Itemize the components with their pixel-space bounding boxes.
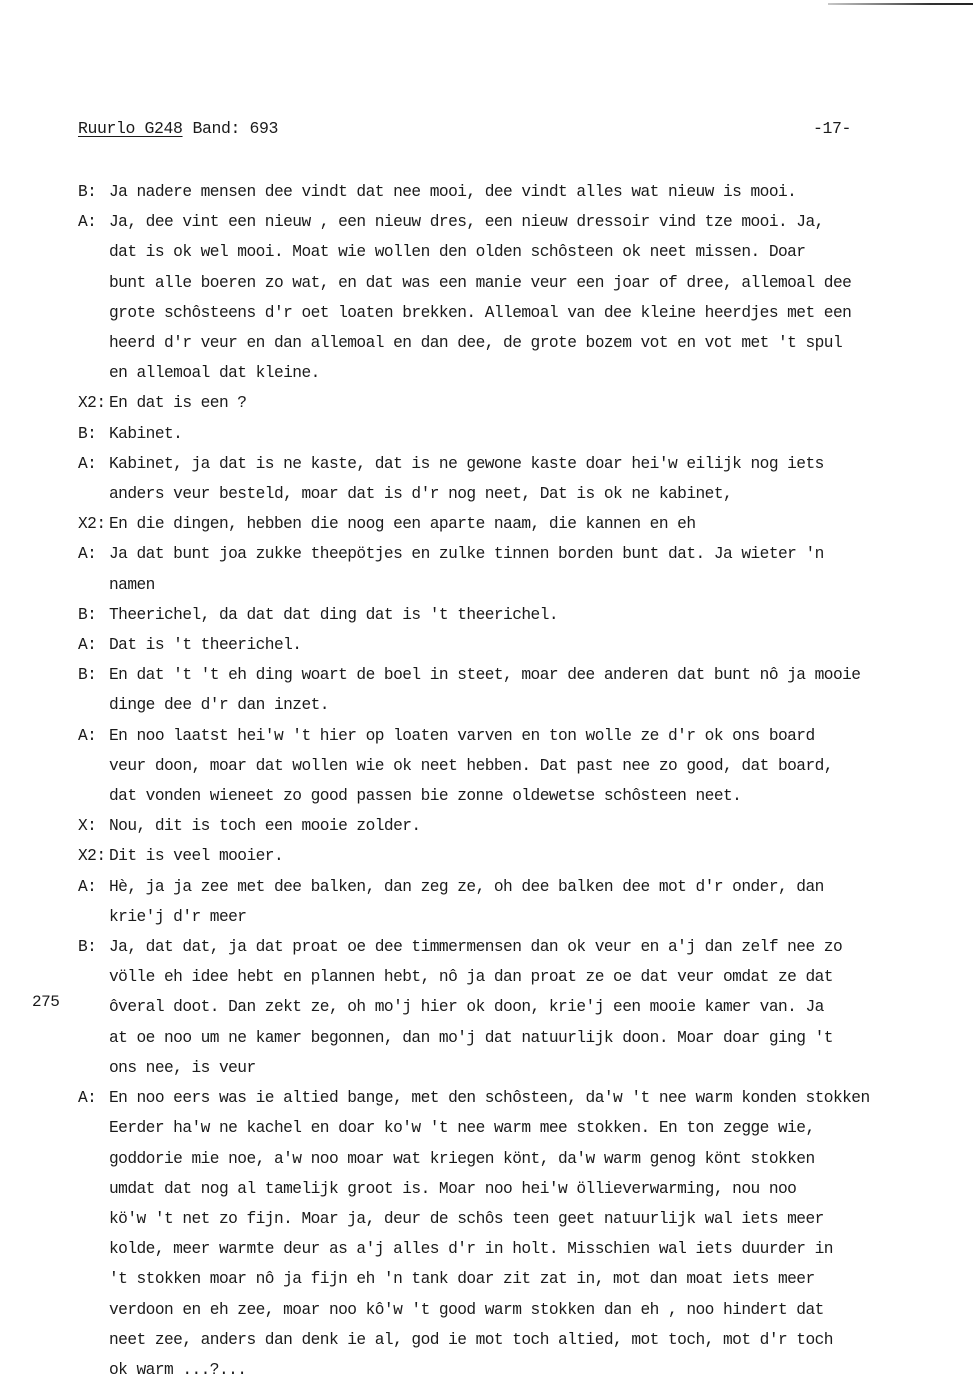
transcript-line: völle eh idee hebt en plannen hebt, nô j… [109, 962, 958, 992]
transcript-line: bunt alle boeren zo wat, en dat was een … [109, 268, 958, 298]
transcript-line: Kabinet, ja dat is ne kaste, dat is ne g… [109, 449, 958, 479]
speaker-label: X2: [78, 509, 106, 539]
transcript-turn: A:Ja, dee vint een nieuw , een nieuw dre… [78, 207, 958, 388]
transcript-line: dat vonden wieneet zo good passen bie zo… [109, 781, 958, 811]
speaker-label: A: [78, 872, 96, 902]
transcript-turn: A:Ja dat bunt joa zukke theepötjes en zu… [78, 539, 958, 599]
transcript-line: kö'w 't net zo fijn. Moar ja, deur de sc… [109, 1204, 958, 1234]
transcript-line: Eerder ha'w ne kachel en doar ko'w 't ne… [109, 1113, 958, 1143]
transcript-line: grote schôsteens d'r oet loaten brekken.… [109, 298, 958, 328]
transcript-turn: A:En noo eers was ie altied bange, met d… [78, 1083, 958, 1385]
margin-counter: 275 [32, 993, 59, 1011]
transcript-turn: X2:En die dingen, hebben die noog een ap… [78, 509, 958, 539]
transcript-line: anders veur besteld, moar dat is d'r nog… [109, 479, 958, 509]
transcript-line: Ja dat bunt joa zukke theepötjes en zulk… [109, 539, 958, 569]
transcript-body: B:Ja nadere mensen dee vindt dat nee moo… [78, 177, 958, 1385]
transcript-line: heerd d'r veur en dan allemoal en dan de… [109, 328, 958, 358]
location-code: Ruurlo G248 [78, 119, 183, 138]
transcript-turn: A:Hè, ja ja zee met dee balken, dan zeg … [78, 872, 958, 932]
transcript-line: Ja nadere mensen dee vindt dat nee mooi,… [109, 177, 958, 207]
speaker-label: A: [78, 1083, 96, 1113]
speaker-label: A: [78, 721, 96, 751]
transcript-line: Nou, dit is toch een mooie zolder. [109, 811, 958, 841]
transcript-line: Hè, ja ja zee met dee balken, dan zeg ze… [109, 872, 958, 902]
transcript-line: umdat dat nog al tamelijk groot is. Moar… [109, 1174, 958, 1204]
transcript-line: Ja, dee vint een nieuw , een nieuw dres,… [109, 207, 958, 237]
speaker-label: A: [78, 539, 96, 569]
transcript-turn: B:Ja nadere mensen dee vindt dat nee moo… [78, 177, 958, 207]
transcript-line: verdoon en eh zee, moar noo kô'w 't good… [109, 1295, 958, 1325]
speaker-label: B: [78, 177, 96, 207]
transcript-line: Theerichel, da dat dat ding dat is 't th… [109, 600, 958, 630]
transcript-line: namen [109, 570, 958, 600]
transcript-line: dinge dee d'r dan inzet. [109, 690, 958, 720]
speaker-label: B: [78, 419, 96, 449]
transcript-turn: B:Kabinet. [78, 419, 958, 449]
speaker-label: X2: [78, 388, 106, 418]
band-number: Band: 693 [193, 119, 279, 138]
transcript-line: at oe noo um ne kamer begonnen, dan mo'j… [109, 1023, 958, 1053]
transcript-line: en allemoal dat kleine. [109, 358, 958, 388]
speaker-label: B: [78, 932, 96, 962]
transcript-line: neet zee, anders dan denk ie al, god ie … [109, 1325, 958, 1355]
speaker-label: A: [78, 630, 96, 660]
transcript-line: En noo eers was ie altied bange, met den… [109, 1083, 958, 1113]
transcript-line: veur doon, moar dat wollen wie ok neet h… [109, 751, 958, 781]
transcript-line: kolde, meer warmte deur as a'j alles d'r… [109, 1234, 958, 1264]
transcript-line: En noo laatst hei'w 't hier op loaten va… [109, 721, 958, 751]
transcript-line: goddorie mie noe, a'w noo moar wat krieg… [109, 1144, 958, 1174]
transcript-line: En dat is een ? [109, 388, 958, 418]
speaker-label: B: [78, 660, 96, 690]
transcript-turn: A:Kabinet, ja dat is ne kaste, dat is ne… [78, 449, 958, 509]
transcript-turn: B:En dat 't 't eh ding woart de boel in … [78, 660, 958, 720]
transcript-turn: A:En noo laatst hei'w 't hier op loaten … [78, 721, 958, 812]
transcript-turn: X2:Dit is veel mooier. [78, 841, 958, 871]
speaker-label: X: [78, 811, 96, 841]
transcript-turn: X2:En dat is een ? [78, 388, 958, 418]
transcript-line: krie'j d'r meer [109, 902, 958, 932]
transcript-line: Ja, dat dat, ja dat proat oe dee timmerm… [109, 932, 958, 962]
transcript-line: 't stokken moar nô ja fijn eh 'n tank do… [109, 1264, 958, 1294]
transcript-line: Dit is veel mooier. [109, 841, 958, 871]
speaker-label: A: [78, 449, 96, 479]
scan-artifact-line [828, 3, 973, 5]
transcript-line: dat is ok wel mooi. Moat wie wollen den … [109, 237, 958, 267]
page-header: Ruurlo G248Band: 693 -17- [78, 119, 973, 138]
speaker-label: X2: [78, 841, 106, 871]
transcript-line: ok warm ...?... [109, 1355, 958, 1385]
transcript-line: En die dingen, hebben die noog een apart… [109, 509, 958, 539]
speaker-label: A: [78, 207, 96, 237]
transcript-turn: X:Nou, dit is toch een mooie zolder. [78, 811, 958, 841]
page-number: -17- [813, 119, 851, 138]
transcript-line: ôveral doot. Dan zekt ze, oh mo'j hier o… [109, 992, 958, 1022]
transcript-turn: B:Theerichel, da dat dat ding dat is 't … [78, 600, 958, 630]
transcript-line: ons nee, is veur [109, 1053, 958, 1083]
transcript-line: Dat is 't theerichel. [109, 630, 958, 660]
speaker-label: B: [78, 600, 96, 630]
transcript-turn: B:Ja, dat dat, ja dat proat oe dee timme… [78, 932, 958, 1083]
transcript-line: Kabinet. [109, 419, 958, 449]
transcript-turn: A:Dat is 't theerichel. [78, 630, 958, 660]
transcript-line: En dat 't 't eh ding woart de boel in st… [109, 660, 958, 690]
